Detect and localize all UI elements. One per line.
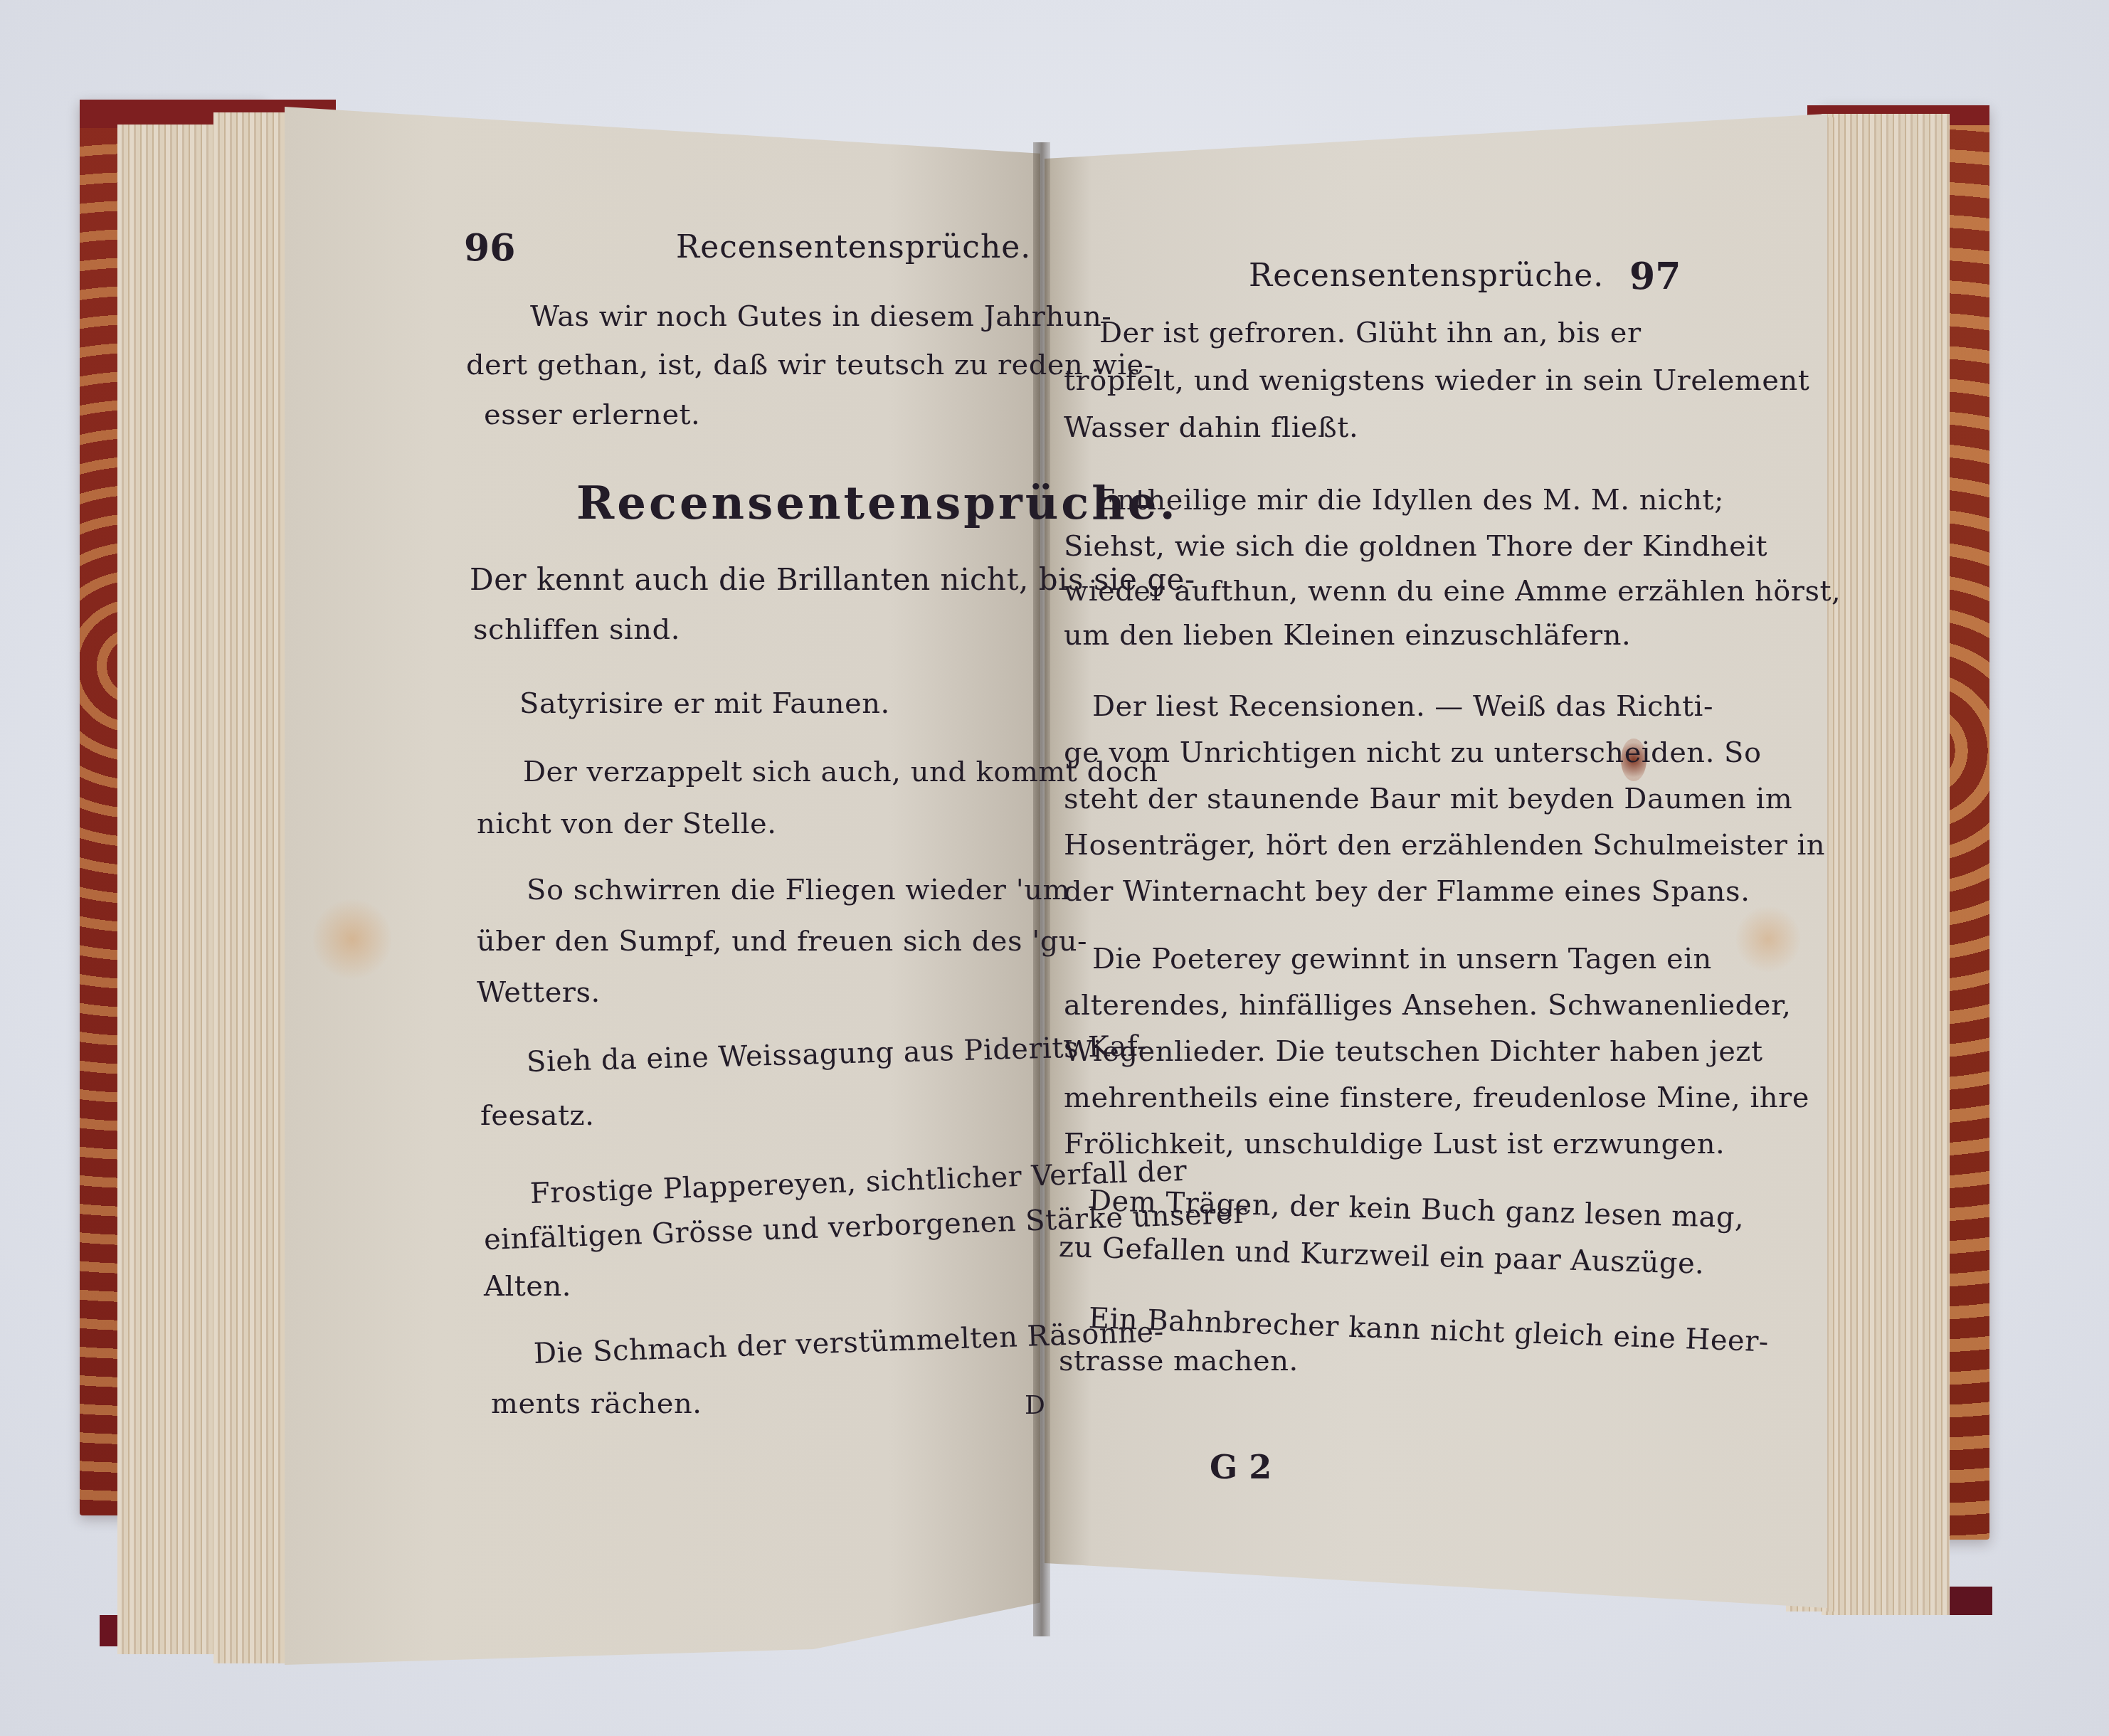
text-line: Wetters. xyxy=(477,976,601,1009)
text-line: strasse machen. xyxy=(1059,1345,1299,1377)
text-line: ge vom Unrichtigen nicht zu unterscheide… xyxy=(1064,736,1762,769)
open-book: 96 Recensentensprüche. Was wir noch Gute… xyxy=(0,0,2109,1736)
text-line: schliffen sind. xyxy=(473,613,680,646)
text-line: steht der staunende Baur mit beyden Daum… xyxy=(1064,783,1792,815)
signature-mark: G 2 xyxy=(1210,1448,1272,1486)
text-line: Siehst, wie sich die goldnen Thore der K… xyxy=(1064,530,1767,563)
text-line: wieder aufthun, wenn du eine Amme erzähl… xyxy=(1064,575,1841,608)
right-page-stack xyxy=(1822,114,1950,1615)
text-line: Was wir noch Gutes in diesem Jahrhun- xyxy=(530,300,1111,333)
page-number-left: 96 xyxy=(464,226,515,270)
running-head-left: Recensentensprüche. xyxy=(676,229,1031,265)
text-line: der Winternacht bey der Flamme eines Spa… xyxy=(1064,875,1750,908)
text-line: Satyrisire er mit Faunen. xyxy=(519,687,890,720)
text-line: So schwirren die Fliegen wieder 'um xyxy=(527,874,1070,906)
text-line: Der liest Recensionen. — Weiß das Richti… xyxy=(1092,690,1713,723)
text-line: Entheilige mir die Idyllen des M. M. nic… xyxy=(1096,484,1724,517)
text-line: Frölichkeit, unschuldige Lust ist erzwun… xyxy=(1064,1128,1725,1160)
text-line: Wiegenlieder. Die teutschen Dichter habe… xyxy=(1064,1035,1762,1068)
text-line: tröpfelt, und wenigstens wieder in sein … xyxy=(1064,364,1809,397)
running-head-right: Recensentensprüche. xyxy=(1249,258,1604,294)
text-line: über den Sumpf, und freuen sich des 'gu- xyxy=(477,925,1087,958)
catchword: D xyxy=(1025,1391,1045,1420)
text-line: ments rächen. xyxy=(491,1387,702,1420)
text-line: nicht von der Stelle. xyxy=(477,808,776,840)
foxing-stain xyxy=(1736,904,1800,975)
text-line: Wasser dahin fließt. xyxy=(1064,411,1358,444)
text-line: Der verzappelt sich auch, und kommt doch xyxy=(523,756,1158,788)
foxing-stain xyxy=(313,896,391,982)
section-title: Recensentensprüche. xyxy=(576,477,1178,530)
text-line: Alten. xyxy=(484,1270,571,1303)
text-line: alterendes, hinfälliges Ansehen. Schwane… xyxy=(1064,989,1791,1022)
text-line: Der ist gefroren. Glüht ihn an, bis er xyxy=(1099,317,1642,349)
text-line: mehrentheils eine finstere, freudenlose … xyxy=(1064,1081,1809,1114)
page-number-right: 97 xyxy=(1629,255,1681,298)
text-line: um den lieben Kleinen einzuschläfern. xyxy=(1064,619,1631,652)
text-line: feesatz. xyxy=(480,1099,594,1132)
text-line: dert gethan, ist, daß wir teutsch zu red… xyxy=(466,349,1154,381)
text-line: esser erlernet. xyxy=(484,398,700,431)
text-line: Die Poeterey gewinnt in unsern Tagen ein xyxy=(1092,943,1712,975)
text-line: Hosenträger, hört den erzählenden Schulm… xyxy=(1064,829,1825,862)
